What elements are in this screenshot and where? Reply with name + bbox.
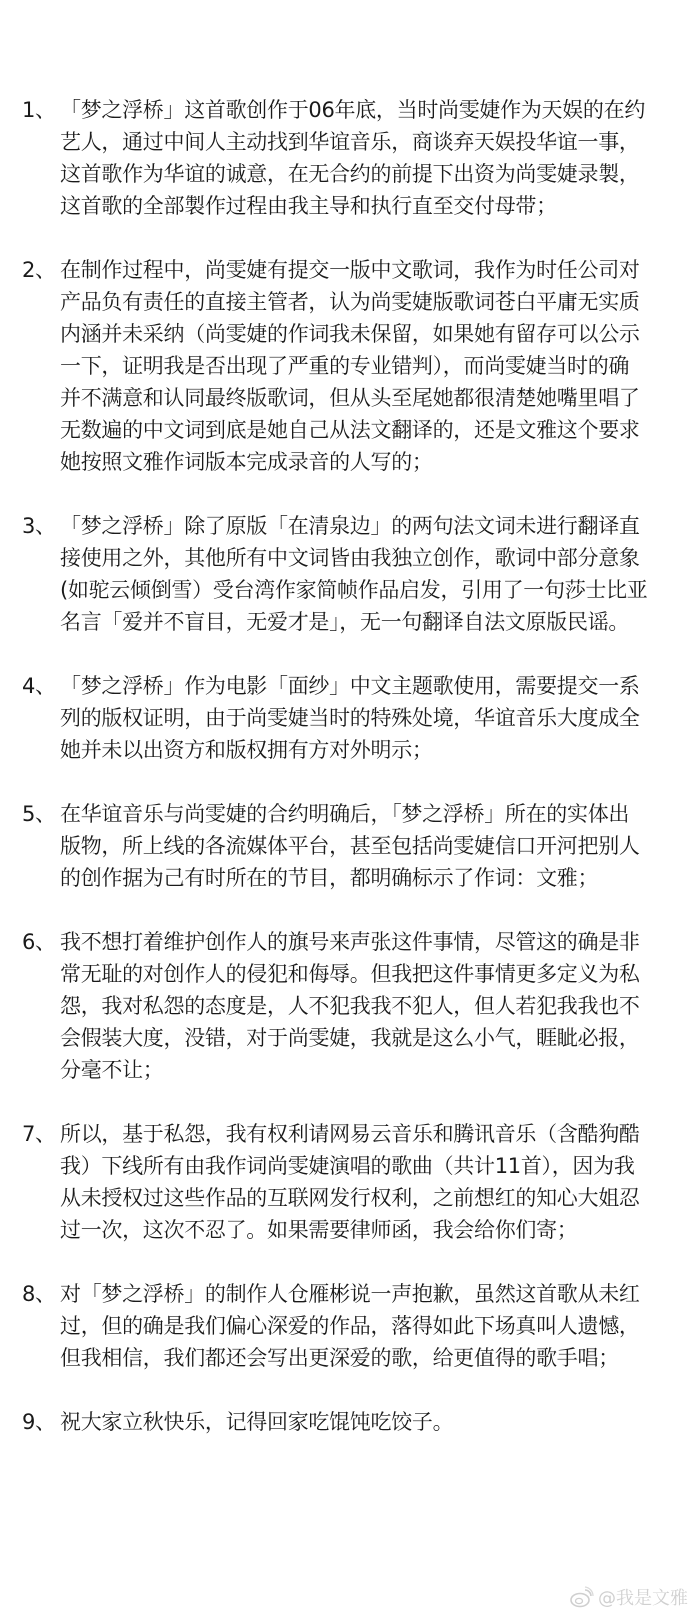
item-line: 对「梦之浮桥」的制作人仓雁彬说一声抱歉，虽然这首歌从未红 xyxy=(60,1278,676,1310)
statement-document: 1、 「梦之浮桥」这首歌创作于06年底，当时尚雯婕作为天娱的在约 艺人，通过中间… xyxy=(0,94,700,1470)
statement-item-5: 5、 在华谊音乐与尚雯婕的合约明确后，「梦之浮桥」所在的实体出 版物，所上线的各… xyxy=(0,798,700,894)
item-line: 这首歌作为华谊的诚意，在无合约的前提下出资为尚雯婕录製， xyxy=(60,158,676,190)
item-line: 我不想打着维护创作人的旗号来声张这件事情，尽管这的确是非 xyxy=(60,926,676,958)
item-number: 6、 xyxy=(22,926,62,958)
statement-item-1: 1、 「梦之浮桥」这首歌创作于06年底，当时尚雯婕作为天娱的在约 艺人，通过中间… xyxy=(0,94,700,222)
weibo-logo-icon xyxy=(570,1586,594,1608)
item-line: 她按照文雅作词版本完成录音的人写的； xyxy=(60,446,676,478)
item-line: 产品负有责任的直接主管者，认为尚雯婕版歌词苍白平庸无实质 xyxy=(60,286,676,318)
item-number: 3、 xyxy=(22,510,62,542)
statement-item-3: 3、 「梦之浮桥」除了原版「在清泉边」的两句法文词未进行翻译直 接使用之外，其他… xyxy=(0,510,700,638)
item-number: 2、 xyxy=(22,254,62,286)
item-line: 的创作据为己有时所在的节目，都明确标示了作词：文雅； xyxy=(60,862,676,894)
watermark-handle: @我是文雅 xyxy=(598,1584,688,1610)
item-number: 4、 xyxy=(22,670,62,702)
item-number: 9、 xyxy=(22,1406,62,1438)
item-line: 内涵并未采纳（尚雯婕的作词我未保留，如果她有留存可以公示 xyxy=(60,318,676,350)
statement-item-2: 2、 在制作过程中，尚雯婕有提交一版中文歌词，我作为时任公司对 产品负有责任的直… xyxy=(0,254,700,478)
item-line: 版物，所上线的各流媒体平台，甚至包括尚雯婕信口开河把别人 xyxy=(60,830,676,862)
item-line: 她并未以出资方和版权拥有方对外明示； xyxy=(60,734,676,766)
item-line: 怨，我对私怨的态度是，人不犯我我不犯人，但人若犯我我也不 xyxy=(60,990,676,1022)
item-number: 8、 xyxy=(22,1278,62,1310)
statement-item-6: 6、 我不想打着维护创作人的旗号来声张这件事情，尽管这的确是非 常无耻的对创作人… xyxy=(0,926,700,1086)
statement-item-7: 7、 所以，基于私怨，我有权利请网易云音乐和腾讯音乐（含酷狗酷 我）下线所有由我… xyxy=(0,1118,700,1246)
item-line: 分毫不让； xyxy=(60,1054,676,1086)
item-line: 祝大家立秋快乐，记得回家吃馄饨吃饺子。 xyxy=(60,1406,676,1438)
item-line: 并不满意和认同最终版歌词，但从头至尾她都很清楚她嘴里唱了 xyxy=(60,382,676,414)
item-line: 「梦之浮桥」这首歌创作于06年底，当时尚雯婕作为天娱的在约 xyxy=(60,94,676,126)
item-line: 在制作过程中，尚雯婕有提交一版中文歌词，我作为时任公司对 xyxy=(60,254,676,286)
item-line: 「梦之浮桥」作为电影「面纱」中文主题歌使用，需要提交一系 xyxy=(60,670,676,702)
item-line: 常无耻的对创作人的侵犯和侮辱。但我把这件事情更多定义为私 xyxy=(60,958,676,990)
statement-item-8: 8、 对「梦之浮桥」的制作人仓雁彬说一声抱歉，虽然这首歌从未红 过，但的确是我们… xyxy=(0,1278,700,1374)
item-line: 过，但的确是我们偏心深爱的作品，落得如此下场真叫人遗憾， xyxy=(60,1310,676,1342)
item-line: 从未授权过这些作品的互联网发行权利，之前想红的知心大姐忍 xyxy=(60,1182,676,1214)
item-line: 名言「爱并不盲目，无爱才是」，无一句翻译自法文原版民谣。 xyxy=(60,606,676,638)
statement-item-9: 9、 祝大家立秋快乐，记得回家吃馄饨吃饺子。 xyxy=(0,1406,700,1438)
item-line: 一下，证明我是否出现了严重的专业错判），而尚雯婕当时的确 xyxy=(60,350,676,382)
item-number: 1、 xyxy=(22,94,62,126)
item-line: 无数遍的中文词到底是她自己从法文翻译的，还是文雅这个要求 xyxy=(60,414,676,446)
item-number: 7、 xyxy=(22,1118,62,1150)
item-line: 接使用之外，其他所有中文词皆由我独立创作，歌词中部分意象 xyxy=(60,542,676,574)
item-line: 在华谊音乐与尚雯婕的合约明确后，「梦之浮桥」所在的实体出 xyxy=(60,798,676,830)
item-line: 艺人，通过中间人主动找到华谊音乐，商谈弃天娱投华谊一事， xyxy=(60,126,676,158)
item-line: 我）下线所有由我作词尚雯婕演唱的歌曲（共计11首），因为我 xyxy=(60,1150,676,1182)
item-line: 列的版权证明，由于尚雯婕当时的特殊处境，华谊音乐大度成全 xyxy=(60,702,676,734)
item-line: 所以，基于私怨，我有权利请网易云音乐和腾讯音乐（含酷狗酷 xyxy=(60,1118,676,1150)
item-line: (如驼云倾倒雪）受台湾作家简帧作品启发，引用了一句莎士比亚 xyxy=(60,574,676,606)
item-line: 过一次，这次不忍了。如果需要律师函，我会给你们寄； xyxy=(60,1214,676,1246)
item-line: 会假装大度，没错，对于尚雯婕，我就是这么小气，睚眦必报， xyxy=(60,1022,676,1054)
item-line: 但我相信，我们都还会写出更深爱的歌，给更值得的歌手唱； xyxy=(60,1342,676,1374)
item-number: 5、 xyxy=(22,798,62,830)
statement-item-4: 4、 「梦之浮桥」作为电影「面纱」中文主题歌使用，需要提交一系 列的版权证明，由… xyxy=(0,670,700,766)
item-line: 这首歌的全部製作过程由我主导和执行直至交付母带； xyxy=(60,190,676,222)
weibo-watermark: @我是文雅 xyxy=(570,1584,688,1610)
item-line: 「梦之浮桥」除了原版「在清泉边」的两句法文词未进行翻译直 xyxy=(60,510,676,542)
